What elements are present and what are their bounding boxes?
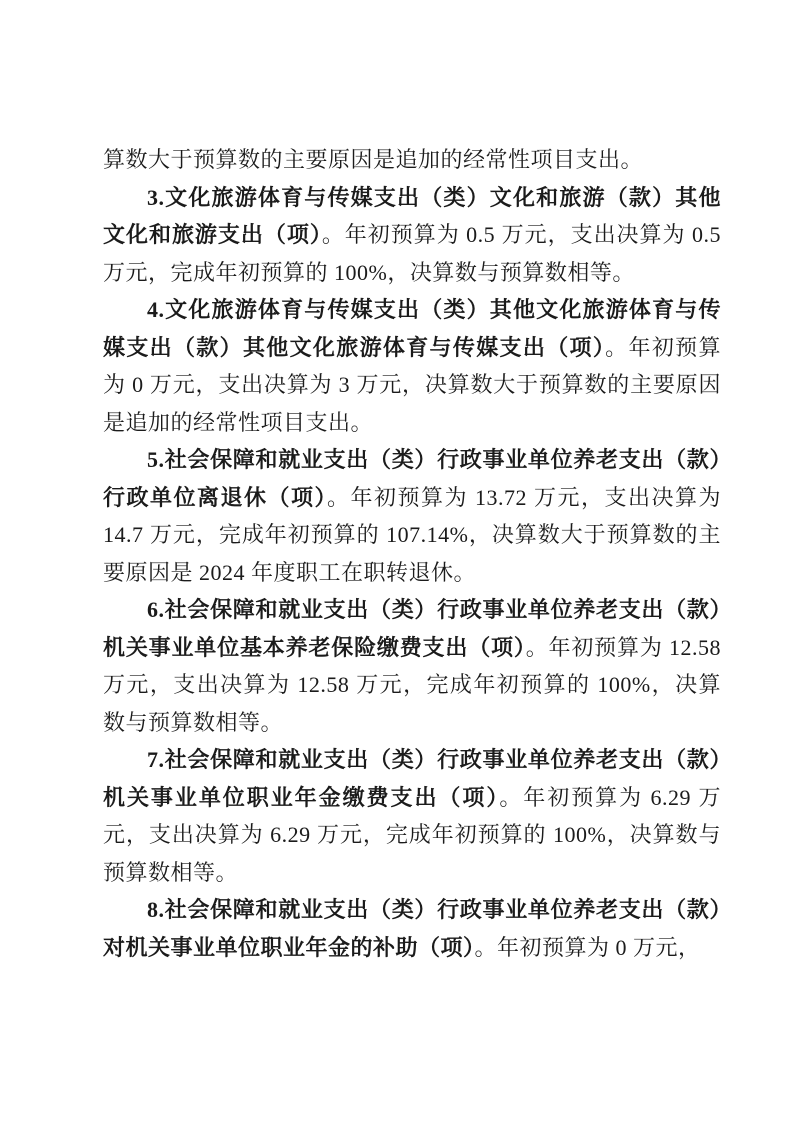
paragraph-item-8: 8.社会保障和就业支出（类）行政事业单位养老支出（款）对机关事业单位职业年金的补… <box>103 891 721 966</box>
paragraph-item-2-continuation: 算数大于预算数的主要原因是追加的经常性项目支出。 <box>103 141 721 179</box>
document-text-block: 算数大于预算数的主要原因是追加的经常性项目支出。3.文化旅游体育与传媒支出（类）… <box>103 141 721 966</box>
document-page: 算数大于预算数的主要原因是追加的经常性项目支出。3.文化旅游体育与传媒支出（类）… <box>0 0 793 1122</box>
paragraph-item-7: 7.社会保障和就业支出（类）行政事业单位养老支出（款）机关事业单位职业年金缴费支… <box>103 741 721 891</box>
paragraph-item-4: 4.文化旅游体育与传媒支出（类）其他文化旅游体育与传媒支出（款）其他文化旅游体育… <box>103 291 721 441</box>
paragraph-item-3: 3.文化旅游体育与传媒支出（类）文化和旅游（款）其他文化和旅游支出（项）。年初预… <box>103 179 721 292</box>
paragraph-item-6: 6.社会保障和就业支出（类）行政事业单位养老支出（款）机关事业单位基本养老保险缴… <box>103 591 721 741</box>
paragraph-body: 。年初预算为 0 万元， <box>475 935 701 960</box>
paragraph-body: 算数大于预算数的主要原因是追加的经常性项目支出。 <box>103 147 643 172</box>
paragraph-item-5: 5.社会保障和就业支出（类）行政事业单位养老支出（款）行政单位离退休（项）。年初… <box>103 441 721 591</box>
